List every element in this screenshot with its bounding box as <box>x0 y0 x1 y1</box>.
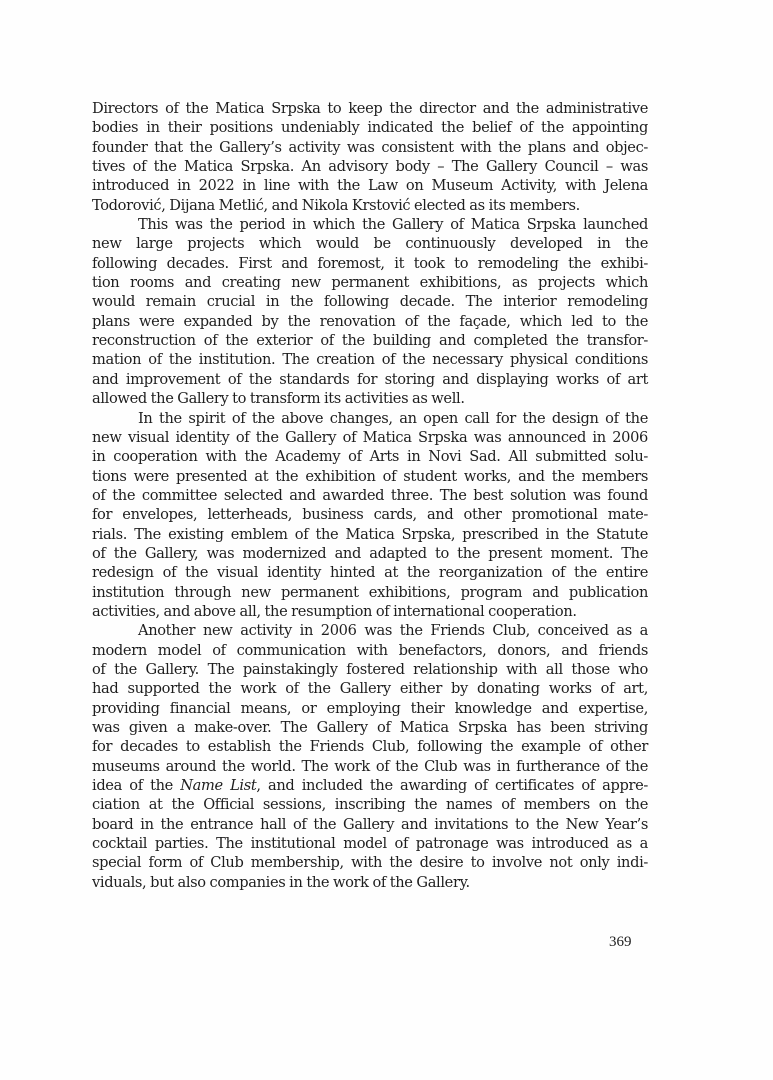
text-line: following decades. First and foremost, i… <box>92 254 648 273</box>
text-fragment: , and included the awarding of certifica… <box>256 777 648 794</box>
page-number: 369 <box>609 934 632 951</box>
text-line: modern model of communication with benef… <box>92 641 648 660</box>
paragraph-1: Directors of the Matica Srpska to keep t… <box>92 99 648 215</box>
text-line: for envelopes, letterheads, business car… <box>92 505 648 524</box>
body-text: Directors of the Matica Srpska to keep t… <box>92 99 648 892</box>
text-line: Another new activity in 2006 was the Fri… <box>92 621 648 640</box>
text-line: Directors of the Matica Srpska to keep t… <box>92 99 648 118</box>
text-line: providing financial means, or employing … <box>92 699 648 718</box>
text-line: and improvement of the standards for sto… <box>92 370 648 389</box>
text-line: introduced in 2022 in line with the Law … <box>92 176 648 195</box>
text-line: new visual identity of the Gallery of Ma… <box>92 428 648 447</box>
text-line: in cooperation with the Academy of Arts … <box>92 447 648 466</box>
text-line: reconstruction of the exterior of the bu… <box>92 331 648 350</box>
text-line: had supported the work of the Gallery ei… <box>92 679 648 698</box>
text-line: cocktail parties. The institutional mode… <box>92 834 648 853</box>
text-line: ciation at the Official sessions, inscri… <box>92 795 648 814</box>
text-line: Todorović, Dijana Metlić, and Nikola Krs… <box>92 196 648 215</box>
text-line: of the Gallery. The painstakingly foster… <box>92 660 648 679</box>
text-line: new large projects which would be contin… <box>92 234 648 253</box>
text-line: In the spirit of the above changes, an o… <box>92 409 648 428</box>
text-line: for decades to establish the Friends Clu… <box>92 737 648 756</box>
paragraph-4: Another new activity in 2006 was the Fri… <box>92 621 648 892</box>
text-line: of the committee selected and awarded th… <box>92 486 648 505</box>
text-line: tion rooms and creating new permanent ex… <box>92 273 648 292</box>
text-line: would remain crucial in the following de… <box>92 292 648 311</box>
text-line: of the Gallery, was modernized and adapt… <box>92 544 648 563</box>
document-page: Directors of the Matica Srpska to keep t… <box>0 0 773 1080</box>
text-line: tives of the Matica Srpska. An advisory … <box>92 157 648 176</box>
text-line: redesign of the visual identity hinted a… <box>92 563 648 582</box>
text-line: plans were expanded by the renovation of… <box>92 312 648 331</box>
text-line: tions were presented at the exhibition o… <box>92 467 648 486</box>
text-line: founder that the Gallery’s activity was … <box>92 138 648 157</box>
text-line: institution through new permanent exhibi… <box>92 583 648 602</box>
text-line: mation of the institution. The creation … <box>92 350 648 369</box>
text-line-with-italic: idea of the Name List, and included the … <box>92 776 648 795</box>
text-line: viduals, but also companies in the work … <box>92 873 648 892</box>
text-line: museums around the world. The work of th… <box>92 757 648 776</box>
paragraph-2: This was the period in which the Gallery… <box>92 215 648 408</box>
text-line: bodies in their positions undeniably ind… <box>92 118 648 137</box>
text-line: was given a make-over. The Gallery of Ma… <box>92 718 648 737</box>
text-line: special form of Club membership, with th… <box>92 853 648 872</box>
text-fragment: idea of the <box>92 777 180 794</box>
italic-title-name-list: Name List <box>180 777 256 794</box>
text-line: rials. The existing emblem of the Matica… <box>92 525 648 544</box>
paragraph-3: In the spirit of the above changes, an o… <box>92 409 648 622</box>
text-line: allowed the Gallery to transform its act… <box>92 389 648 408</box>
text-line: board in the entrance hall of the Galler… <box>92 815 648 834</box>
text-line: activities, and above all, the resumptio… <box>92 602 648 621</box>
text-line: This was the period in which the Gallery… <box>92 215 648 234</box>
